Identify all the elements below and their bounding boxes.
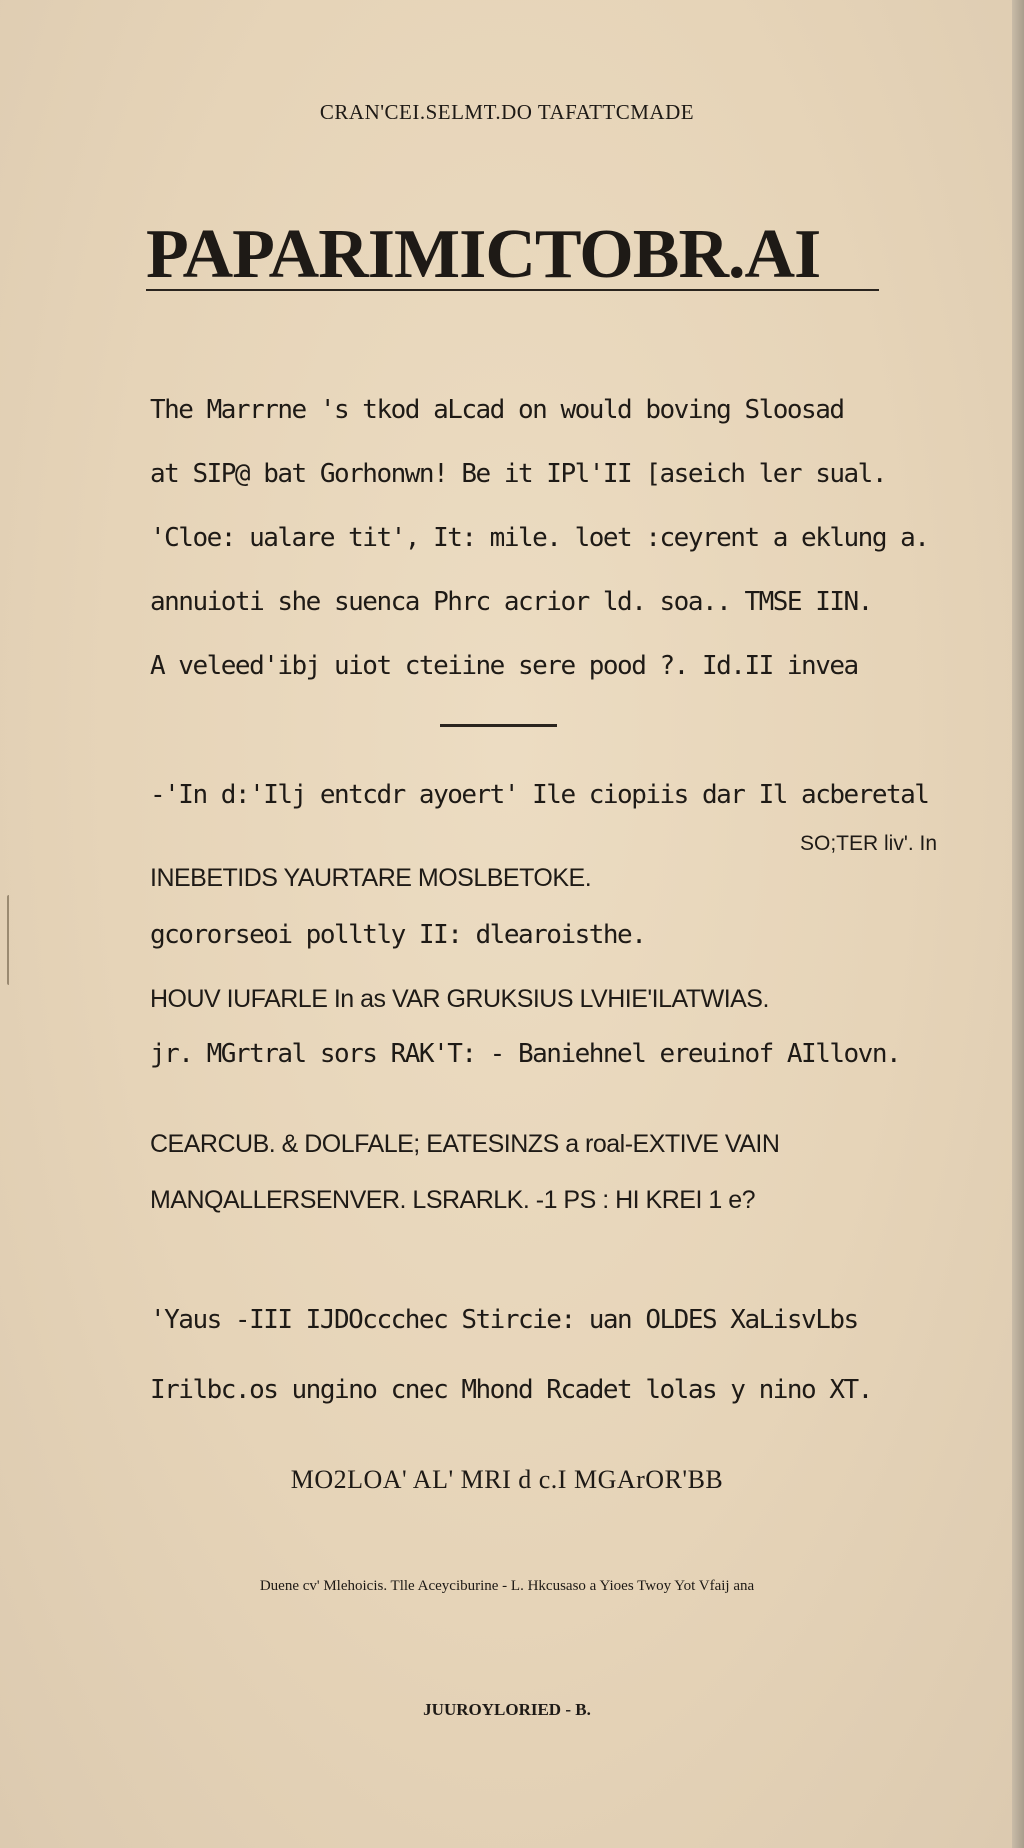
signature-line: MO2LOA' AL' MRI d c.I MGArOR'BB: [0, 1465, 1014, 1495]
intro-line: annuioti she suenca Phrc acrior ld. soa.…: [150, 587, 872, 617]
intro-line: at SIP@ bat Gorhonwn! Be it IPl'II [asei…: [150, 459, 886, 489]
body-line: jr. MGrtral sors RAK'T: - Baniehnel ereu…: [150, 1039, 900, 1069]
intro-line: A veleed'ibj uiot cteiine sere pood ?. I…: [150, 651, 858, 681]
document-footer: JUUROYLORIED - B.: [0, 1700, 1014, 1720]
title-underline: [146, 289, 879, 291]
paper-fold-mark: [7, 895, 13, 985]
body-aside-note: SO;TER liv'. In: [800, 832, 937, 856]
body-line: MANQALLERSENVER. LSRARLK. -1 PS : HI KRE…: [150, 1186, 755, 1215]
page-edge-shadow: [1012, 0, 1024, 1848]
body-line: Irilbc.os ungino cnec Mhond Rcadet lolas…: [150, 1375, 872, 1405]
document-title: PAPARIMICTOBR.AI: [146, 215, 876, 295]
paper-page: CRAN'CEI.SELMT.DO TAFATTCMADE PAPARIMICT…: [0, 0, 1014, 1848]
body-line: INEBETIDS YAURTARE MOSLBETOKE.: [150, 864, 591, 893]
document-header: CRAN'CEI.SELMT.DO TAFATTCMADE: [0, 100, 1014, 125]
body-line: HOUV IUFARLE In as VAR GRUKSIUS LVHIE'IL…: [150, 985, 769, 1014]
section-divider: [440, 724, 557, 727]
body-line: 'Yaus -III IJDOccchec Stircie: uan OLDES…: [150, 1305, 858, 1335]
body-line: -'In d:'Ilj entcdr ayoert' Ile ciopiis d…: [150, 780, 928, 810]
intro-line: The Marrrne 's tkod aLcad on would bovin…: [150, 395, 844, 425]
credit-line: Duene cv' Mlehoicis. Tlle Aceyciburine -…: [0, 1578, 1014, 1595]
body-line: CEARCUB. & DOLFALE; EATESINZS a roal-EXT…: [150, 1130, 779, 1159]
body-line: gcororseoi polltly II: dlearoisthe.: [150, 920, 645, 950]
intro-line: 'Cloe: ualare tit', It: mile. loet :ceyr…: [150, 523, 928, 553]
